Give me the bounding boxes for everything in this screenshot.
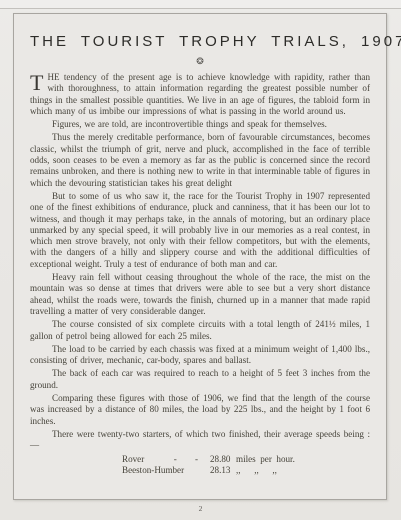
car-name: Rover <box>122 454 144 465</box>
paragraph-race-1907: But to some of us who saw it, the race f… <box>30 191 370 270</box>
result-name-cell: Beeston-Humber <box>122 465 210 476</box>
paragraph-starters: There were twenty-two starters, of which… <box>30 429 370 452</box>
page-top-edge-line <box>0 8 401 9</box>
page-title: THE TOURIST TROPHY TRIALS, 1907. <box>30 33 370 50</box>
paragraph-course: The course consisted of six complete cir… <box>30 319 370 342</box>
result-row-beeston-humber: Beeston-Humber 28.13 ,, ,, ,, <box>122 465 370 476</box>
paragraph-heavy-rain: Heavy rain fell without ceasing througho… <box>30 272 370 317</box>
paragraph-intro-text: HE tendency of the present age is to ach… <box>30 72 370 116</box>
photo-top-edge <box>0 0 401 8</box>
paragraph-intro: THE tendency of the present age is to ac… <box>30 72 370 117</box>
speed-unit: miles per hour. <box>236 454 295 465</box>
speed-value: 28.13 <box>210 465 236 476</box>
paragraph-comparison-1906: Comparing these figures with those of 19… <box>30 393 370 427</box>
page-content: THE TOURIST TROPHY TRIALS, 1907. ❂ THE t… <box>14 14 386 476</box>
page-border-frame: THE TOURIST TROPHY TRIALS, 1907. ❂ THE t… <box>13 13 387 500</box>
result-row-rover: Rover - - 28.80 miles per hour. <box>122 454 370 465</box>
article-body: THE tendency of the present age is to ac… <box>30 72 370 476</box>
result-name-cell: Rover - - <box>122 454 210 465</box>
leader-dashes: - - <box>174 454 198 465</box>
paragraph-figures: Figures, we are told, are incontrovertib… <box>30 119 370 130</box>
paragraph-creditable-performance: Thus the merely creditable performance, … <box>30 132 370 188</box>
rosette-ornament-icon: ❂ <box>30 56 370 66</box>
drop-cap-letter: T <box>30 72 47 93</box>
average-speeds-list: Rover - - 28.80 miles per hour. Beeston-… <box>122 454 370 477</box>
page-number: 2 <box>0 504 401 513</box>
speed-value: 28.80 <box>210 454 236 465</box>
paragraph-load: The load to be carried by each chassis w… <box>30 344 370 367</box>
ditto-marks: ,, ,, ,, <box>236 465 277 476</box>
paragraph-car-height: The back of each car was required to rea… <box>30 368 370 391</box>
car-name: Beeston-Humber <box>122 465 184 476</box>
